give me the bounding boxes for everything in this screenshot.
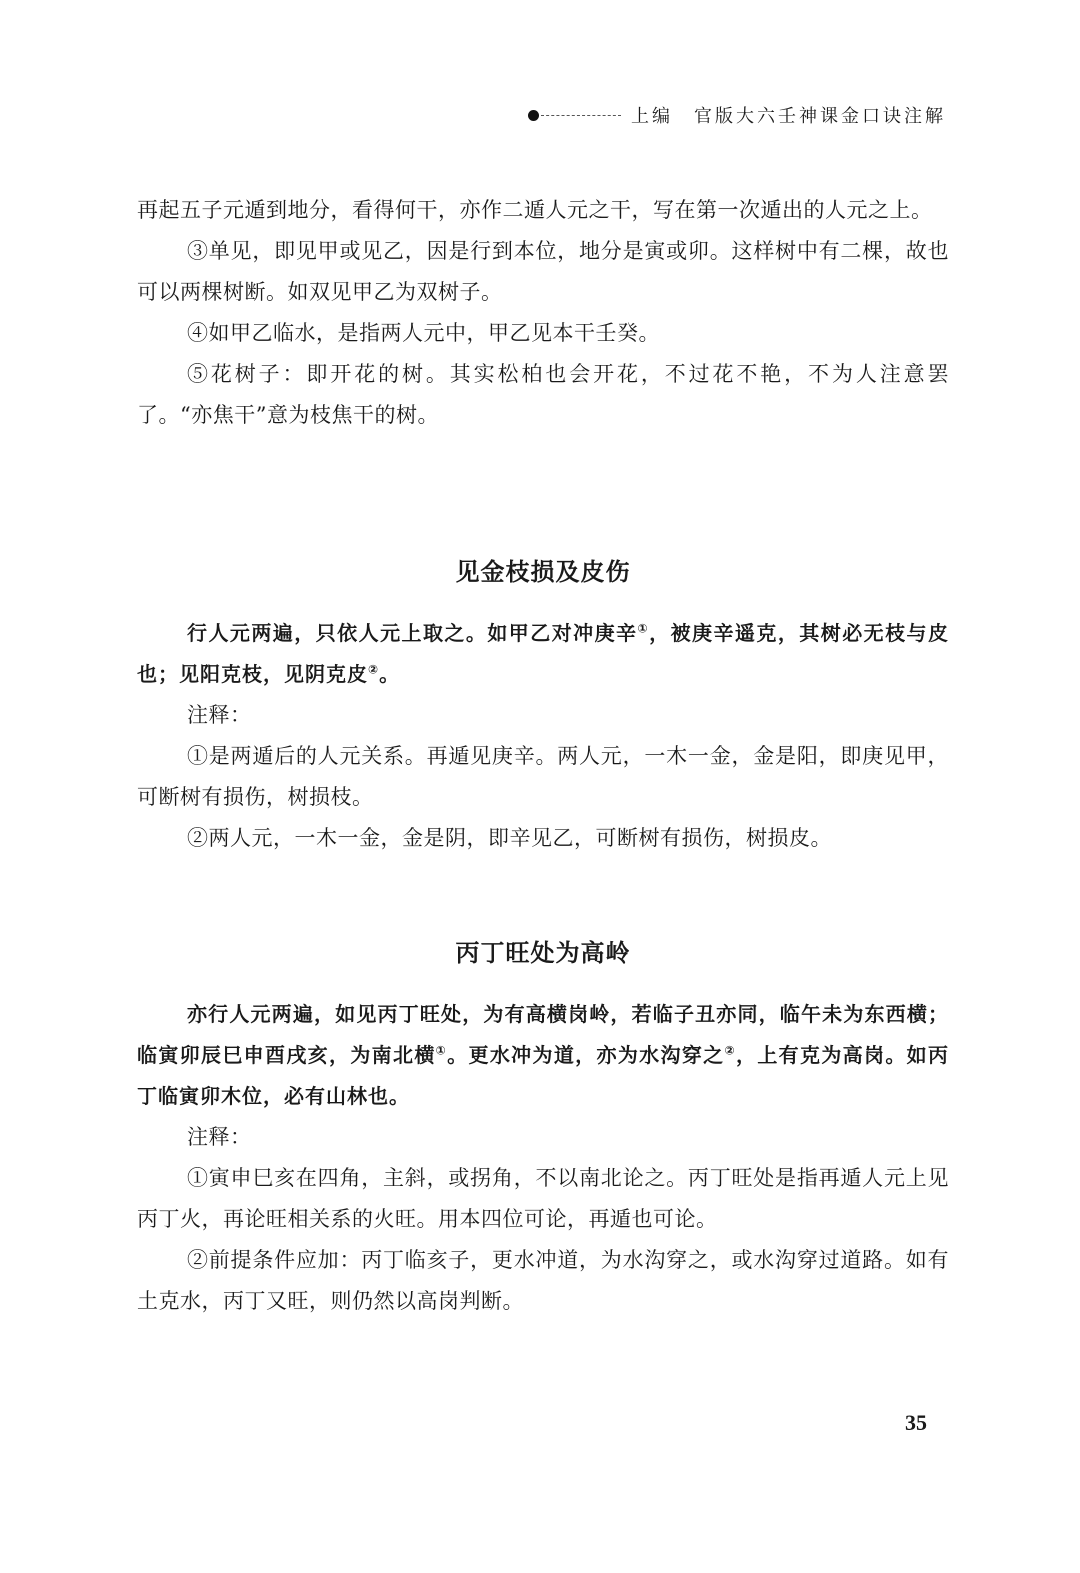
note-4: ④如甲乙临水，是指两人元中，甲乙见本干壬癸。 xyxy=(137,313,949,354)
section-high-ridge: 丙丁旺处为高岭 亦行人元两遍，如见丙丁旺处，为有高横岗岭，若临子丑亦同，临午未为… xyxy=(137,933,949,1322)
verse-text: 行人元两遍，只依人元上取之。如甲乙对冲庚辛①，被庚辛遥克，其树必无枝与皮也；见阳… xyxy=(137,613,949,695)
running-header: 上编 官版大六壬神课金口诀注解 xyxy=(528,100,958,130)
header-rule xyxy=(541,115,621,116)
section-heading: 见金枝损及皮伤 xyxy=(137,552,949,587)
section-branch-damage: 见金枝损及皮伤 行人元两遍，只依人元上取之。如甲乙对冲庚辛①，被庚辛遥克，其树必… xyxy=(137,552,949,859)
footnote-ref-2[interactable]: ② xyxy=(725,1043,737,1057)
verse-text: 亦行人元两遍，如见丙丁旺处，为有高横岗岭，若临子丑亦同，临午未为东西横；临寅卯辰… xyxy=(137,994,949,1117)
footnote-1: ①是两遁后的人元关系。再遁见庚辛。两人元，一木一金，金是阳，即庚见甲，可断树有损… xyxy=(137,736,949,818)
footnote-ref-1[interactable]: ① xyxy=(638,621,650,635)
continuation-block: 再起五子元遁到地分，看得何干，亦作二遁人元之干，写在第一次遁出的人元之上。 ③单… xyxy=(137,190,949,436)
paragraph: 再起五子元遁到地分，看得何干，亦作二遁人元之干，写在第一次遁出的人元之上。 xyxy=(137,190,949,231)
section-heading: 丙丁旺处为高岭 xyxy=(137,933,949,968)
verse-segment: 。 xyxy=(379,662,400,686)
page-number: 35 xyxy=(905,1410,927,1436)
footnote-ref-1[interactable]: ① xyxy=(436,1043,448,1057)
footnote-2: ②两人元，一木一金，金是阴，即辛见乙，可断树有损伤，树损皮。 xyxy=(137,818,949,859)
footnote-1: ①寅申巳亥在四角，主斜，或拐角，不以南北论之。丙丁旺处是指再遁人元上见丙丁火，再… xyxy=(137,1158,949,1240)
header-title: 上编 官版大六壬神课金口诀注解 xyxy=(631,102,946,128)
verse-segment: 行人元两遍，只依人元上取之。如甲乙对冲庚辛 xyxy=(187,621,638,645)
note-3: ③单见，即见甲或见乙，因是行到本位，地分是寅或卯。这样树中有二棵，故也可以两棵树… xyxy=(137,231,949,313)
footnote-ref-2[interactable]: ② xyxy=(368,662,379,676)
notes-label: 注释： xyxy=(137,1117,949,1158)
note-5: ⑤花树子：即开花的树。其实松柏也会开花，不过花不艳，不为人注意罢了。“亦焦干”意… xyxy=(137,354,949,436)
bullet-dot-icon xyxy=(528,110,539,121)
footnote-2: ②前提条件应加：丙丁临亥子，更水冲道，为水沟穿之，或水沟穿过道路。如有土克水，丙… xyxy=(137,1240,949,1322)
notes-label: 注释： xyxy=(137,695,949,736)
verse-segment: 。更水冲为道，亦为水沟穿之 xyxy=(447,1043,724,1067)
